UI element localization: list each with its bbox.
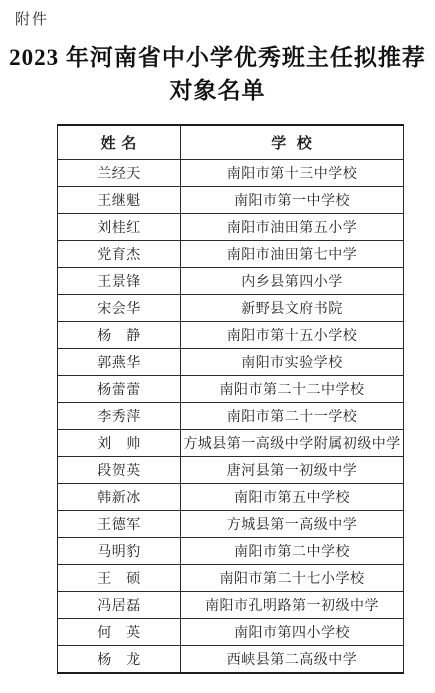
table-row: 王景锋内乡县第四小学 xyxy=(58,268,404,295)
name-cell: 杨蕾蕾 xyxy=(58,376,181,403)
school-cell: 西峡县第二高级中学 xyxy=(181,646,404,674)
school-cell: 南阳市第二十一学校 xyxy=(181,403,404,430)
school-cell: 新野县文府书院 xyxy=(181,295,404,322)
school-cell: 南阳市第二中学校 xyxy=(181,538,404,565)
name-cell: 杨 龙 xyxy=(58,646,181,674)
name-cell: 何 英 xyxy=(58,619,181,646)
table-row: 段贺英唐河县第一初级中学 xyxy=(58,457,404,484)
name-cell: 王德军 xyxy=(58,511,181,538)
name-cell: 兰经天 xyxy=(58,160,181,187)
name-cell: 杨 静 xyxy=(58,322,181,349)
name-cell: 段贺英 xyxy=(58,457,181,484)
table-row: 兰经天南阳市第十三中学校 xyxy=(58,160,404,187)
page-title-line1: 2023 年河南省中小学优秀班主任拟推荐 xyxy=(0,41,435,74)
school-cell: 南阳市第十五小学校 xyxy=(181,322,404,349)
document-page: 附件 2023 年河南省中小学优秀班主任拟推荐 对象名单 姓 名 学 校 兰经天… xyxy=(0,0,435,693)
school-cell: 南阳市油田第五小学 xyxy=(181,214,404,241)
name-cell: 李秀萍 xyxy=(58,403,181,430)
table-row: 杨蕾蕾南阳市第二十二中学校 xyxy=(58,376,404,403)
school-cell: 南阳市第十三中学校 xyxy=(181,160,404,187)
school-cell: 南阳市第二十二中学校 xyxy=(181,376,404,403)
table-row: 冯居磊南阳市孔明路第一初级中学 xyxy=(58,592,404,619)
name-cell: 刘桂红 xyxy=(58,214,181,241)
school-cell: 南阳市油田第七中学 xyxy=(181,241,404,268)
table-row: 马明豹南阳市第二中学校 xyxy=(58,538,404,565)
table-row: 王继魁南阳市第一中学校 xyxy=(58,187,404,214)
school-cell: 南阳市第四小学校 xyxy=(181,619,404,646)
school-cell: 方城县第一高级中学 xyxy=(181,511,404,538)
table-row: 刘 帅方城县第一高级中学附属初级中学 xyxy=(58,430,404,457)
school-cell: 南阳市实验学校 xyxy=(181,349,404,376)
table-body: 兰经天南阳市第十三中学校王继魁南阳市第一中学校刘桂红南阳市油田第五小学党育杰南阳… xyxy=(58,160,404,674)
table-row: 宋会华新野县文府书院 xyxy=(58,295,404,322)
table-row: 何 英南阳市第四小学校 xyxy=(58,619,404,646)
name-cell: 韩新冰 xyxy=(58,484,181,511)
name-cell: 王继魁 xyxy=(58,187,181,214)
table-row: 杨 静南阳市第十五小学校 xyxy=(58,322,404,349)
table-row: 党育杰南阳市油田第七中学 xyxy=(58,241,404,268)
school-cell: 内乡县第四小学 xyxy=(181,268,404,295)
table-row: 郭燕华南阳市实验学校 xyxy=(58,349,404,376)
table-row: 王德军方城县第一高级中学 xyxy=(58,511,404,538)
table-row: 杨 龙西峡县第二高级中学 xyxy=(58,646,404,674)
roster-table: 姓 名 学 校 兰经天南阳市第十三中学校王继魁南阳市第一中学校刘桂红南阳市油田第… xyxy=(57,124,404,674)
school-cell: 南阳市第二十七小学校 xyxy=(181,565,404,592)
name-cell: 宋会华 xyxy=(58,295,181,322)
attachment-label: 附件 xyxy=(15,10,435,30)
name-cell: 王 硕 xyxy=(58,565,181,592)
page-title: 2023 年河南省中小学优秀班主任拟推荐 对象名单 xyxy=(0,41,435,107)
name-cell: 冯居磊 xyxy=(58,592,181,619)
name-cell: 王景锋 xyxy=(58,268,181,295)
school-cell: 南阳市孔明路第一初级中学 xyxy=(181,592,404,619)
school-cell: 南阳市第五中学校 xyxy=(181,484,404,511)
school-cell: 南阳市第一中学校 xyxy=(181,187,404,214)
page-title-line2: 对象名单 xyxy=(0,74,435,107)
header-school: 学 校 xyxy=(181,125,404,160)
name-cell: 马明豹 xyxy=(58,538,181,565)
table-row: 李秀萍南阳市第二十一学校 xyxy=(58,403,404,430)
name-cell: 党育杰 xyxy=(58,241,181,268)
name-cell: 刘 帅 xyxy=(58,430,181,457)
table-row: 王 硕南阳市第二十七小学校 xyxy=(58,565,404,592)
name-cell: 郭燕华 xyxy=(58,349,181,376)
school-cell: 方城县第一高级中学附属初级中学 xyxy=(181,430,404,457)
table-header-row: 姓 名 学 校 xyxy=(58,125,404,160)
school-cell: 唐河县第一初级中学 xyxy=(181,457,404,484)
table-row: 韩新冰南阳市第五中学校 xyxy=(58,484,404,511)
table-row: 刘桂红南阳市油田第五小学 xyxy=(58,214,404,241)
header-name: 姓 名 xyxy=(58,125,181,160)
